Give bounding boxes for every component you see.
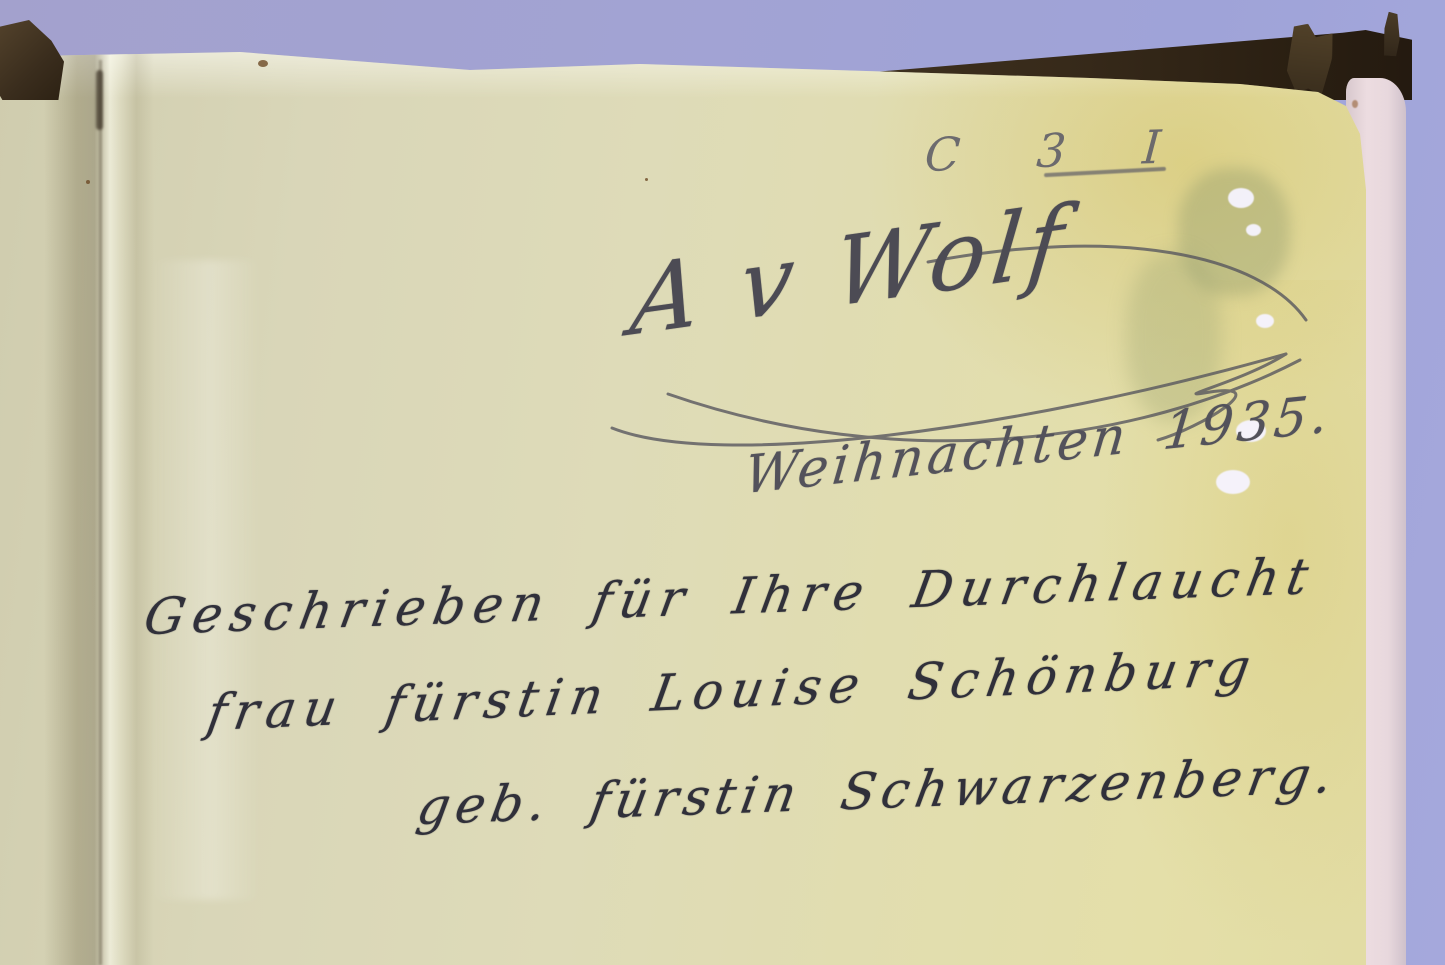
foxing-spot bbox=[1352, 100, 1358, 108]
brown-speck bbox=[645, 178, 648, 181]
photo-of-open-book: C 3 I A v Wolf Weihnachten 1935. Geschri… bbox=[0, 0, 1445, 965]
dedication-line: frau fürstin Louise Schönburg bbox=[203, 638, 1262, 742]
white-paint-fleck bbox=[1228, 188, 1254, 208]
gutter-seam bbox=[99, 60, 102, 965]
dedication-line: Geschrieben für Ihre Durchlaucht bbox=[140, 547, 1321, 646]
gutter-seam-dark-top bbox=[96, 70, 103, 130]
page-sheen bbox=[150, 260, 260, 900]
endpaper-page: C 3 I A v Wolf Weihnachten 1935. Geschri… bbox=[0, 0, 1366, 965]
brown-speck bbox=[86, 180, 90, 184]
dedication-line: geb. fürstin Schwarzenberg. bbox=[413, 746, 1343, 837]
brown-speck bbox=[258, 60, 268, 67]
spine-head-fragment bbox=[0, 20, 64, 100]
